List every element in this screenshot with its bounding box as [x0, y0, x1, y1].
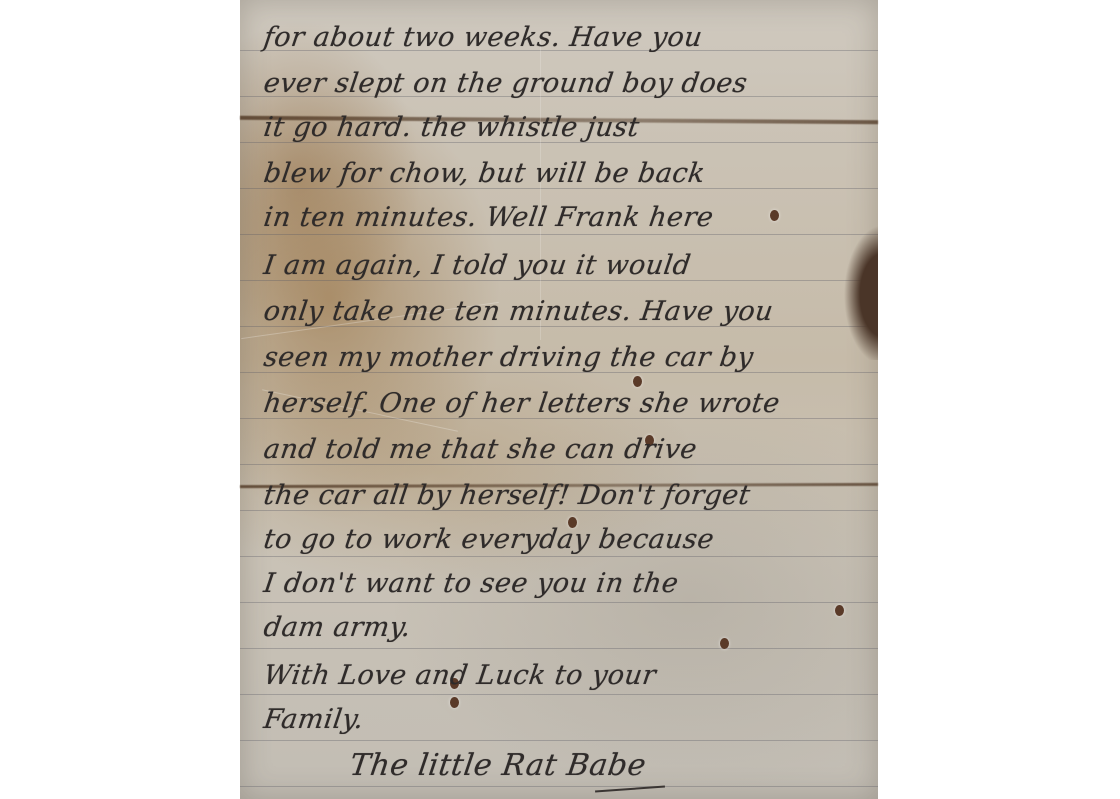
letter-line: the car all by herself! Don't forget — [262, 480, 753, 511]
letter-line: to go to work everyday because — [262, 524, 716, 555]
letter-line: I am again, I told you it would — [262, 250, 693, 281]
letter-line: only take me ten minutes. Have you — [262, 296, 776, 327]
letter-line: herself. One of her letters she wrote — [262, 388, 782, 419]
letter-line: dam army. — [262, 612, 413, 643]
letter-line: Family. — [262, 704, 366, 735]
letter-body: for about two weeks. Have you ever slept… — [240, 0, 878, 799]
letter-line: for about two weeks. Have you — [262, 22, 705, 53]
letter-paper: for about two weeks. Have you ever slept… — [240, 0, 878, 799]
letter-line: I don't want to see you in the — [262, 568, 681, 599]
letter-line: With Love and Luck to your — [262, 660, 658, 691]
letter-line: in ten minutes. Well Frank here — [262, 202, 716, 233]
letter-signature: The little Rat Babe — [348, 748, 649, 783]
letter-line: seen my mother driving the car by — [262, 342, 756, 373]
letter-line: ever slept on the ground boy does — [262, 68, 750, 99]
letter-line: it go hard. the whistle just — [262, 112, 642, 143]
letter-line: and told me that she can drive — [262, 434, 699, 465]
letter-line: blew for chow, but will be back — [262, 158, 707, 189]
